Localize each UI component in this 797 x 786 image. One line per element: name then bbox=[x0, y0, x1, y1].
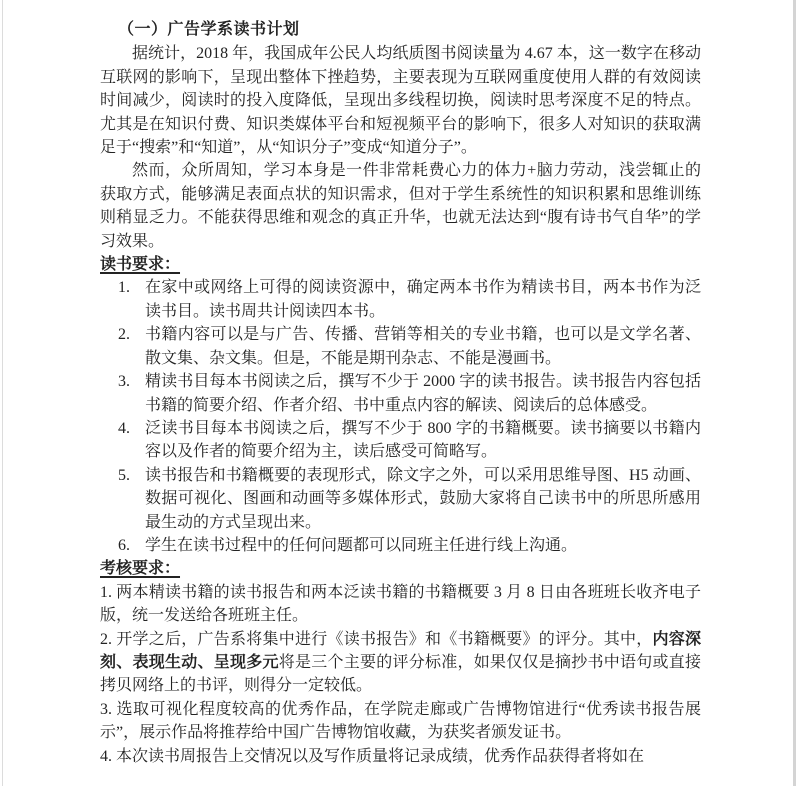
document-content: （一）广告学系读书计划 据统计，2018 年，我国成年公民人均纸质图书阅读量为 … bbox=[100, 18, 701, 768]
reading-requirement-item: 5. 读书报告和书籍概要的表现形式，除文字之外，可以采用思维导图、H5 动画、数… bbox=[100, 464, 701, 534]
item-number: 4. bbox=[118, 417, 145, 464]
reading-requirement-item: 6. 学生在读书过程中的任何问题都可以同班主任进行线上沟通。 bbox=[100, 534, 701, 557]
assessment-item: 3. 选取可视化程度较高的优秀作品，在学院走廊或广告博物馆进行“优秀读书报告展示… bbox=[100, 698, 701, 745]
intro-paragraph-2: 然而，众所周知，学习本身是一件非常耗费心力的体力+脑力劳动，浅尝辄止的获取方式，… bbox=[100, 159, 701, 253]
page-edge-right bbox=[793, 0, 796, 786]
section-title: （一）广告学系读书计划 bbox=[100, 18, 701, 41]
item-text: 泛读书目每本书阅读之后，撰写不少于 800 字的书籍概要。读书摘要以书籍内容以及… bbox=[145, 417, 701, 464]
assessment-item-text: 3. 选取可视化程度较高的优秀作品，在学院走廊或广告博物馆进行“优秀读书报告展示… bbox=[100, 701, 701, 741]
intro-paragraph-1: 据统计，2018 年，我国成年公民人均纸质图书阅读量为 4.67 本，这一数字在… bbox=[100, 42, 701, 159]
item-number: 6. bbox=[118, 534, 145, 557]
assessment-item-text: 2. 开学之后，广告系将集中进行《读书报告》和《书籍概要》的评分。其中， bbox=[100, 631, 652, 648]
page-edge-left bbox=[2, 0, 3, 786]
assessment-item: 2. 开学之后，广告系将集中进行《读书报告》和《书籍概要》的评分。其中，内容深刻… bbox=[100, 628, 701, 698]
assessment-item-text: 1. 两本精读书籍的读书报告和两本泛读书籍的书籍概要 3 月 8 日由各班班长收… bbox=[100, 584, 701, 624]
item-number: 2. bbox=[118, 323, 145, 370]
assessment-item: 1. 两本精读书籍的读书报告和两本泛读书籍的书籍概要 3 月 8 日由各班班长收… bbox=[100, 581, 701, 628]
reading-requirements-heading-text: 读书要求： bbox=[100, 256, 180, 273]
item-text: 学生在读书过程中的任何问题都可以同班主任进行线上沟通。 bbox=[145, 534, 701, 557]
item-text: 读书报告和书籍概要的表现形式，除文字之外，可以采用思维导图、H5 动画、数据可视… bbox=[145, 464, 701, 534]
assessment-requirements-heading: 考核要求： bbox=[100, 557, 701, 580]
reading-requirement-item: 3. 精读书目每本书阅读之后，撰写不少于 2000 字的读书报告。读书报告内容包… bbox=[100, 370, 701, 417]
item-text: 书籍内容可以是与广告、传播、营销等相关的专业书籍，也可以是文学名著、散文集、杂文… bbox=[145, 323, 701, 370]
assessment-item-text: 4. 本次读书周报告上交情况以及写作质量将记录成绩，优秀作品获得者将如在 bbox=[100, 748, 644, 765]
reading-requirement-item: 2. 书籍内容可以是与广告、传播、营销等相关的专业书籍，也可以是文学名著、散文集… bbox=[100, 323, 701, 370]
item-number: 5. bbox=[118, 464, 145, 534]
reading-requirement-item: 4. 泛读书目每本书阅读之后，撰写不少于 800 字的书籍概要。读书摘要以书籍内… bbox=[100, 417, 701, 464]
item-text: 精读书目每本书阅读之后，撰写不少于 2000 字的读书报告。读书报告内容包括书籍… bbox=[145, 370, 701, 417]
item-text: 在家中或网络上可得的阅读资源中，确定两本书作为精读书目，两本书作为泛读书目。读书… bbox=[145, 276, 701, 323]
assessment-requirements-heading-text: 考核要求： bbox=[100, 560, 180, 577]
item-number: 1. bbox=[118, 276, 145, 323]
item-number: 3. bbox=[118, 370, 145, 417]
document-page: （一）广告学系读书计划 据统计，2018 年，我国成年公民人均纸质图书阅读量为 … bbox=[0, 0, 797, 786]
reading-requirements-heading: 读书要求： bbox=[100, 253, 701, 276]
assessment-item: 4. 本次读书周报告上交情况以及写作质量将记录成绩，优秀作品获得者将如在 bbox=[100, 745, 701, 768]
reading-requirement-item: 1. 在家中或网络上可得的阅读资源中，确定两本书作为精读书目，两本书作为泛读书目… bbox=[100, 276, 701, 323]
